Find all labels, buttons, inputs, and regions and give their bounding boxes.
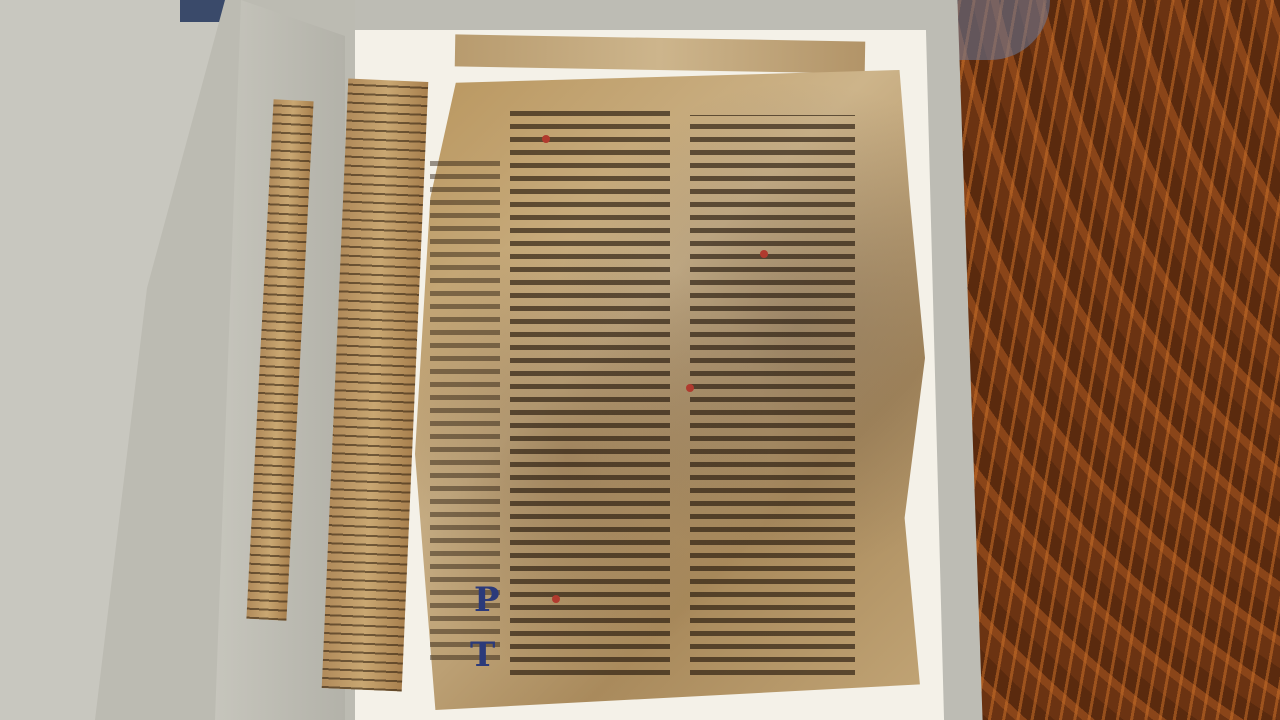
initial-letter-t: T (470, 635, 495, 675)
rubric-mark (760, 250, 768, 258)
rubric-mark (686, 384, 694, 392)
wooden-table (930, 0, 1280, 720)
rubric-mark (552, 595, 560, 603)
text-column-right (690, 115, 855, 675)
rubric-mark (542, 135, 550, 143)
initial-letter-p: P (474, 580, 500, 620)
text-column-left (510, 105, 670, 675)
